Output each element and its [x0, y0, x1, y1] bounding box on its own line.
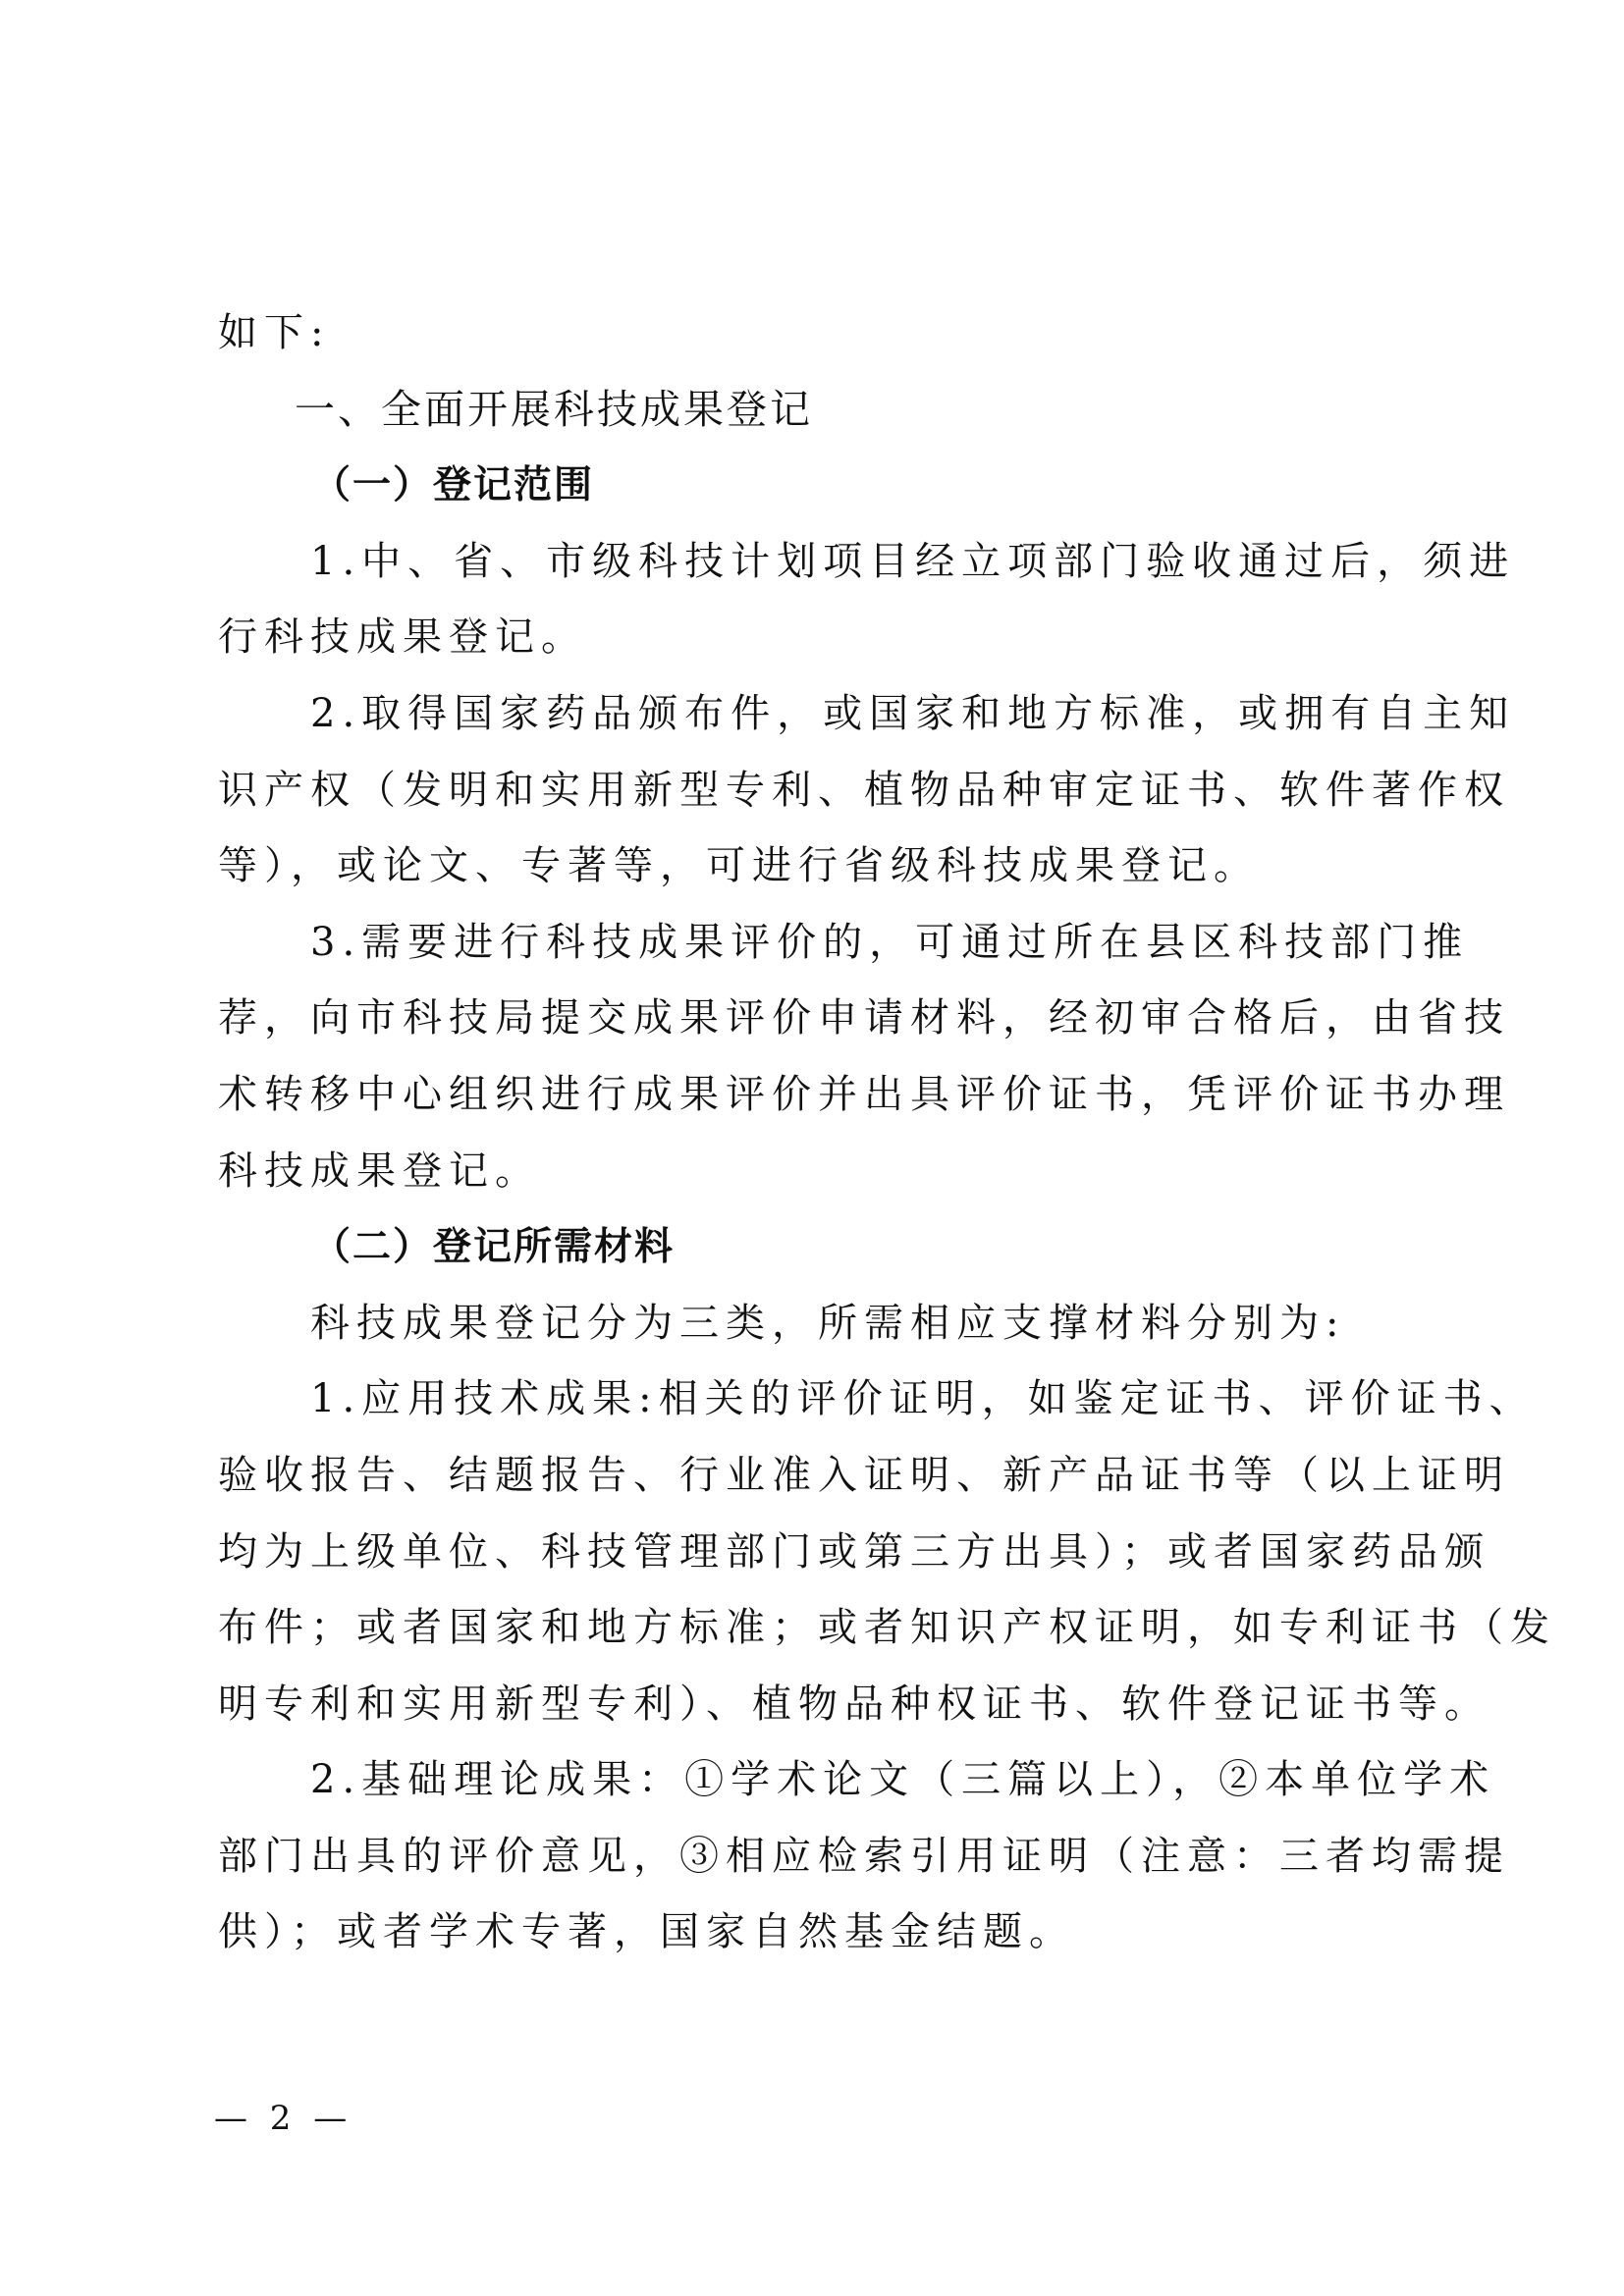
paragraph-line: 1.应用技术成果:相关的评价证明，如鉴定证书、评价证书、: [218, 1362, 1424, 1438]
paragraph-line: 1.中、省、市级科技计划项目经立项部门验收通过后，须进: [218, 524, 1424, 601]
paragraph-line: 验收报告、结题报告、行业准入证明、新产品证书等（以上证明: [218, 1438, 1424, 1515]
subsection-heading-registration-scope: （一）登记范围: [218, 448, 1424, 524]
paragraph-line: 均为上级单位、科技管理部门或第三方出具）；或者国家药品颁: [218, 1515, 1424, 1591]
document-body: 如下: 一、全面开展科技成果登记 （一）登记范围 1.中、省、市级科技计划项目经…: [218, 295, 1424, 1971]
section-heading-1: 一、全面开展科技成果登记: [218, 372, 1424, 449]
paragraph-line: 明专利和实用新型专利）、植物品种权证书、软件登记证书等。: [218, 1667, 1424, 1743]
page-number: — 2 —: [214, 2099, 352, 2138]
paragraph-line: 科技成果登记分为三类，所需相应支撑材料分别为:: [218, 1286, 1424, 1362]
paragraph-line: 2.取得国家药品颁布件，或国家和地方标准，或拥有自主知: [218, 676, 1424, 753]
paragraph-line: 布件；或者国家和地方标准；或者知识产权证明，如专利证书（发: [218, 1590, 1424, 1667]
paragraph-line: 供）；或者学术专著，国家自然基金结题。: [218, 1895, 1424, 1971]
paragraph-line: 行科技成果登记。: [218, 600, 1424, 676]
paragraph-line: 等），或论文、专著等，可进行省级科技成果登记。: [218, 828, 1424, 905]
paragraph-line: 2.基础理论成果：①学术论文（三篇以上），②本单位学术: [218, 1742, 1424, 1819]
paragraph-line: 部门出具的评价意见，③相应检索引用证明（注意：三者均需提: [218, 1819, 1424, 1896]
subsection-heading-required-materials: （二）登记所需材料: [218, 1209, 1424, 1286]
intro-line: 如下:: [218, 295, 1424, 372]
paragraph-line: 术转移中心组织进行成果评价并出具评价证书，凭评价证书办理: [218, 1057, 1424, 1134]
paragraph-line: 科技成果登记。: [218, 1134, 1424, 1210]
paragraph-line: 荐，向市科技局提交成果评价申请材料，经初审合格后，由省技: [218, 981, 1424, 1057]
document-page: 如下: 一、全面开展科技成果登记 （一）登记范围 1.中、省、市级科技计划项目经…: [0, 0, 1624, 2296]
paragraph-line: 识产权（发明和实用新型专利、植物品种审定证书、软件著作权: [218, 753, 1424, 829]
paragraph-line: 3.需要进行科技成果评价的，可通过所在县区科技部门推: [218, 905, 1424, 982]
